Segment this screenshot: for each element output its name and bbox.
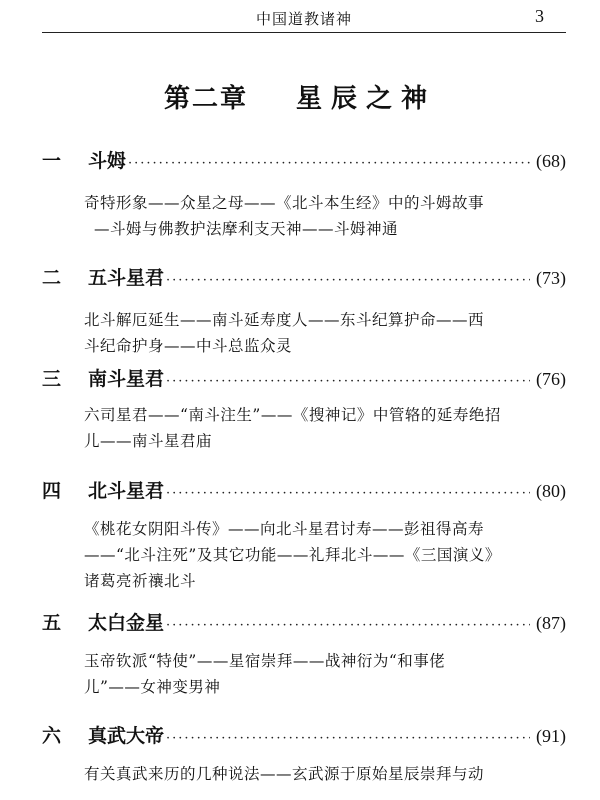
entry-page-number[interactable]: (68) [536, 151, 566, 172]
subtopic-line: 六司星君——“南斗注生”——《搜神记》中管辂的延寿绝招 [84, 402, 566, 428]
toc-entry[interactable]: 四 北斗星君 ·································… [42, 476, 566, 594]
chapter-label: 第二章 [164, 84, 248, 114]
subtopic-line: 儿——南斗星君庙 [84, 428, 566, 454]
subtopic-line: 《桃花女阴阳斗传》——向北斗星君讨寿——彭祖得高寿 [84, 516, 566, 542]
subtopic-line: 有关真武来历的几种说法——玄武源于原始星辰崇拜与动 [84, 761, 566, 787]
entry-page-number[interactable]: (87) [536, 613, 566, 634]
entry-title[interactable]: 五斗星君 [88, 263, 164, 290]
toc-entry[interactable]: 二 五斗星君 ·································… [42, 263, 566, 359]
entry-page-number[interactable]: (73) [536, 268, 566, 289]
subtopic-line: 诸葛亮祈禳北斗 [84, 568, 566, 594]
entry-number: 五 [42, 608, 88, 635]
toc-entry[interactable]: 三 南斗星君 ·································… [42, 364, 566, 454]
entry-subtopics: 玉帝钦派“特使”——星宿崇拜——战神衍为“和事佬 儿”——女神变男神 [84, 648, 566, 700]
dot-leader: ········································… [166, 273, 530, 288]
toc-entry[interactable]: 五 太白金星 ·································… [42, 608, 566, 700]
entry-number: 三 [42, 364, 88, 391]
toc-entry-heading[interactable]: 五 太白金星 ·································… [42, 608, 566, 638]
entry-page-number[interactable]: (76) [536, 369, 566, 390]
dot-leader: ········································… [166, 731, 530, 746]
toc-entry-heading[interactable]: 六 真武大帝 ·································… [42, 721, 566, 751]
entry-number: 四 [42, 476, 88, 503]
subtopic-line: 北斗解厄延生——南斗延寿度人——东斗纪算护命——西 [84, 307, 566, 333]
dot-leader: ········································… [128, 156, 530, 171]
subtopic-line: ——“北斗注死”及其它功能——礼拜北斗——《三国演义》 [84, 542, 566, 568]
page-header: 中国道教诸神 3 [42, 4, 566, 33]
chapter-name: 星辰之神 [296, 84, 436, 114]
entry-title[interactable]: 北斗星君 [88, 476, 164, 503]
page-number: 3 [535, 6, 544, 27]
entry-subtopics: 奇特形象——众星之母——《北斗本生经》中的斗姆故事 —斗姆与佛教护法摩利支天神—… [84, 190, 566, 242]
toc-entry-heading[interactable]: 二 五斗星君 ·································… [42, 263, 566, 293]
entry-subtopics: 北斗解厄延生——南斗延寿度人——东斗纪算护命——西 斗纪命护身——中斗总监众灵 [84, 307, 566, 359]
entry-number: 一 [42, 146, 88, 173]
dot-leader: ········································… [166, 618, 530, 633]
entry-title[interactable]: 真武大帝 [88, 721, 164, 748]
toc-entry[interactable]: 一 斗姆 ···································… [42, 146, 566, 242]
entry-title[interactable]: 南斗星君 [88, 364, 164, 391]
toc-entry-heading[interactable]: 一 斗姆 ···································… [42, 146, 566, 176]
toc-entry-heading[interactable]: 四 北斗星君 ·································… [42, 476, 566, 506]
entry-title[interactable]: 斗姆 [88, 146, 126, 173]
running-title: 中国道教诸神 [42, 8, 566, 29]
subtopic-line: 儿”——女神变男神 [84, 674, 566, 700]
chapter-title: 第二章星辰之神 [0, 78, 600, 115]
entry-page-number[interactable]: (91) [536, 726, 566, 747]
entry-title[interactable]: 太白金星 [88, 608, 164, 635]
entry-number: 六 [42, 721, 88, 748]
toc-entry-heading[interactable]: 三 南斗星君 ·································… [42, 364, 566, 394]
entry-number: 二 [42, 263, 88, 290]
entry-subtopics: 《桃花女阴阳斗传》——向北斗星君讨寿——彭祖得高寿 ——“北斗注死”及其它功能—… [84, 516, 566, 594]
entry-page-number[interactable]: (80) [536, 481, 566, 502]
entry-subtopics: 有关真武来历的几种说法——玄武源于原始星辰崇拜与动 [84, 761, 566, 787]
subtopic-line: 奇特形象——众星之母——《北斗本生经》中的斗姆故事 [84, 190, 566, 216]
dot-leader: ········································… [166, 486, 530, 501]
subtopic-line: 玉帝钦派“特使”——星宿崇拜——战神衍为“和事佬 [84, 648, 566, 674]
toc-entry[interactable]: 六 真武大帝 ·································… [42, 721, 566, 787]
subtopic-line: —斗姆与佛教护法摩利支天神——斗姆神通 [84, 216, 566, 242]
entry-subtopics: 六司星君——“南斗注生”——《搜神记》中管辂的延寿绝招 儿——南斗星君庙 [84, 402, 566, 454]
dot-leader: ········································… [166, 374, 530, 389]
subtopic-line: 斗纪命护身——中斗总监众灵 [84, 333, 566, 359]
